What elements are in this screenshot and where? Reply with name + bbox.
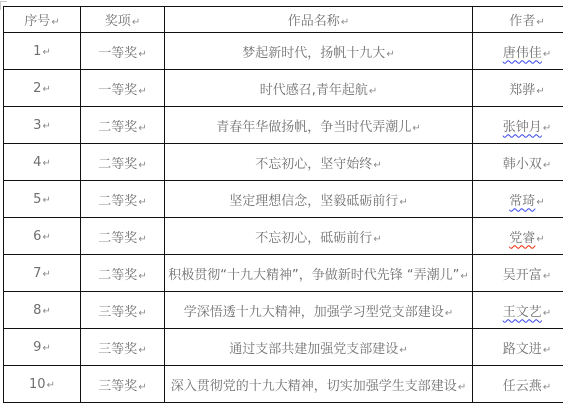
paragraph-mark-icon: ↵ xyxy=(460,271,468,282)
table-row: 4↵ 二等奖↵ 不忘初心，坚守始终↵ 韩小双↵ xyxy=(4,144,563,181)
cell-work: 通过支部共建加强党支部建设↵ xyxy=(165,329,473,366)
work-title: 学深悟透十九大精神，加强学习型党支部建设 xyxy=(184,305,444,320)
paragraph-mark-icon: ↵ xyxy=(138,160,146,171)
paragraph-mark-icon: ↵ xyxy=(42,269,50,280)
table-row: 5↵ 二等奖↵ 坚定理想信念，坚毅砥砺前行↵ 常琦↵ xyxy=(4,181,563,218)
row-number: 6 xyxy=(33,229,41,244)
paragraph-mark-icon: ↵ xyxy=(42,306,50,317)
work-title: 时代感召,青年起航 xyxy=(260,83,368,98)
paragraph-mark-icon: ↵ xyxy=(51,17,59,28)
table-row: 9↵ 三等奖↵ 通过支部共建加强党支部建设↵ 路文进↵ xyxy=(4,329,563,366)
cell-no: 10↵ xyxy=(4,366,81,403)
paragraph-mark-icon: ↵ xyxy=(543,382,551,393)
paragraph-mark-icon: ↵ xyxy=(42,158,50,169)
row-number: 1 xyxy=(33,44,41,59)
document-page: 序号↵ 奖项↵ 作品名称↵ 作者↵ 1↵ 一等奖↵ 梦起新时代，扬帆十九大↵ 唐… xyxy=(0,0,563,413)
author-name: 韩小双 xyxy=(503,157,542,172)
table-row: 10↵ 三等奖↵ 深入贯彻党的十九大精神，切实加强学生支部建设↵ 任云燕↵ xyxy=(4,366,563,403)
header-label: 作品名称 xyxy=(288,14,340,29)
table-header-row: 序号↵ 奖项↵ 作品名称↵ 作者↵ xyxy=(4,7,563,33)
cell-author: 唐伟佳↵ xyxy=(473,33,563,70)
table-row: 6↵ 二等奖↵ 不忘初心，砥砺前行↵ 党睿↵ xyxy=(4,218,563,255)
paragraph-mark-icon: ↵ xyxy=(445,308,453,319)
cell-author: 路文进↵ xyxy=(473,329,563,366)
cell-no: 1↵ xyxy=(4,33,81,70)
work-title: 坚定理想信念，坚毅砥砺前行 xyxy=(229,194,398,209)
author-name: 任云燕 xyxy=(503,379,542,394)
paragraph-mark-icon: ↵ xyxy=(543,123,551,134)
row-number: 4 xyxy=(33,155,41,170)
row-number: 10 xyxy=(29,377,46,392)
paragraph-mark-icon: ↵ xyxy=(536,234,544,245)
paragraph-mark-icon: ↵ xyxy=(373,234,381,245)
author-name: 王文艺 xyxy=(503,305,542,320)
paragraph-mark-icon: ↵ xyxy=(543,308,551,319)
cell-author: 郑骅↵ xyxy=(473,70,563,107)
paragraph-mark-icon: ↵ xyxy=(138,308,146,319)
cell-author: 常琦↵ xyxy=(473,181,563,218)
author-name: 路文进 xyxy=(503,342,542,357)
award-results-table: 序号↵ 奖项↵ 作品名称↵ 作者↵ 1↵ 一等奖↵ 梦起新时代，扬帆十九大↵ 唐… xyxy=(3,6,563,403)
paragraph-mark-icon: ↵ xyxy=(138,49,146,60)
row-number: 3 xyxy=(33,118,41,133)
cell-author: 韩小双↵ xyxy=(473,144,563,181)
author-name: 张钟月 xyxy=(503,120,542,135)
cell-author: 党睿↵ xyxy=(473,218,563,255)
cell-award: 二等奖↵ xyxy=(81,218,165,255)
award-label: 二等奖 xyxy=(98,268,137,283)
cell-work: 学深悟透十九大精神，加强学习型党支部建设↵ xyxy=(165,292,473,329)
work-title: 不忘初心，坚守始终 xyxy=(255,157,372,172)
cell-award: 三等奖↵ xyxy=(81,366,165,403)
cell-no: 9↵ xyxy=(4,329,81,366)
cell-work: 时代感召,青年起航↵ xyxy=(165,70,473,107)
row-number: 5 xyxy=(33,192,41,207)
paragraph-mark-icon: ↵ xyxy=(399,345,407,356)
table-row: 7↵ 二等奖↵ 积极贯彻“十九大精神”，争做新时代先锋 “弄潮儿”↵ 吴开富↵ xyxy=(4,255,563,292)
award-label: 三等奖 xyxy=(98,305,137,320)
cell-work: 不忘初心，砥砺前行↵ xyxy=(165,218,473,255)
work-title: 梦起新时代，扬帆十九大 xyxy=(242,46,385,61)
paragraph-mark-icon: ↵ xyxy=(138,234,146,245)
header-label: 序号 xyxy=(24,14,50,29)
work-title: 青春年华做扬帆，争当时代弄潮儿 xyxy=(216,120,411,135)
paragraph-mark-icon: ↵ xyxy=(138,197,146,208)
row-number: 2 xyxy=(33,81,41,96)
award-label: 二等奖 xyxy=(98,157,137,172)
paragraph-mark-icon: ↵ xyxy=(543,271,551,282)
cell-award: 一等奖↵ xyxy=(81,33,165,70)
cell-award: 二等奖↵ xyxy=(81,144,165,181)
author-name: 党睿 xyxy=(509,231,535,246)
row-number: 7 xyxy=(33,266,41,281)
award-label: 一等奖 xyxy=(98,46,137,61)
row-number: 8 xyxy=(33,303,41,318)
paragraph-mark-icon: ↵ xyxy=(42,47,50,58)
award-label: 三等奖 xyxy=(98,379,137,394)
author-name: 唐伟佳 xyxy=(503,46,542,61)
paragraph-mark-icon: ↵ xyxy=(47,380,55,391)
paragraph-mark-icon: ↵ xyxy=(138,123,146,134)
award-label: 二等奖 xyxy=(98,120,137,135)
paragraph-mark-icon: ↵ xyxy=(369,86,377,97)
cell-work: 青春年华做扬帆，争当时代弄潮儿↵ xyxy=(165,107,473,144)
header-cell-work: 作品名称↵ xyxy=(165,7,473,33)
table-row: 1↵ 一等奖↵ 梦起新时代，扬帆十九大↵ 唐伟佳↵ xyxy=(4,33,563,70)
cell-author: 王文艺↵ xyxy=(473,292,563,329)
cell-author: 任云燕↵ xyxy=(473,366,563,403)
table-row: 3↵ 二等奖↵ 青春年华做扬帆，争当时代弄潮儿↵ 张钟月↵ xyxy=(4,107,563,144)
paragraph-mark-icon: ↵ xyxy=(341,17,349,28)
paragraph-mark-icon: ↵ xyxy=(42,195,50,206)
work-title: 积极贯彻“十九大精神”，争做新时代先锋 “弄潮儿” xyxy=(168,268,459,283)
work-title: 不忘初心，砥砺前行 xyxy=(255,231,372,246)
paragraph-mark-icon: ↵ xyxy=(536,86,544,97)
cell-author: 吴开富↵ xyxy=(473,255,563,292)
paragraph-mark-icon: ↵ xyxy=(138,86,146,97)
header-label: 奖项 xyxy=(105,14,131,29)
cell-work: 坚定理想信念，坚毅砥砺前行↵ xyxy=(165,181,473,218)
paragraph-mark-icon: ↵ xyxy=(386,49,394,60)
table-row: 8↵ 三等奖↵ 学深悟透十九大精神，加强学习型党支部建设↵ 王文艺↵ xyxy=(4,292,563,329)
paragraph-mark-icon: ↵ xyxy=(42,121,50,132)
paragraph-mark-icon: ↵ xyxy=(536,17,544,28)
cell-no: 2↵ xyxy=(4,70,81,107)
author-name: 常琦 xyxy=(509,194,535,209)
paragraph-mark-icon: ↵ xyxy=(458,382,466,393)
cell-work: 不忘初心，坚守始终↵ xyxy=(165,144,473,181)
paragraph-mark-icon: ↵ xyxy=(138,382,146,393)
paragraph-mark-icon: ↵ xyxy=(132,17,140,28)
award-label: 一等奖 xyxy=(98,83,137,98)
header-cell-no: 序号↵ xyxy=(4,7,81,33)
award-label: 三等奖 xyxy=(98,342,137,357)
cell-no: 7↵ xyxy=(4,255,81,292)
cell-award: 三等奖↵ xyxy=(81,292,165,329)
cell-no: 8↵ xyxy=(4,292,81,329)
paragraph-mark-icon: ↵ xyxy=(373,160,381,171)
work-title: 通过支部共建加强党支部建设 xyxy=(229,342,398,357)
cell-work: 积极贯彻“十九大精神”，争做新时代先锋 “弄潮儿”↵ xyxy=(165,255,473,292)
cell-no: 5↵ xyxy=(4,181,81,218)
header-cell-award: 奖项↵ xyxy=(81,7,165,33)
cell-work: 深入贯彻党的十九大精神，切实加强学生支部建设↵ xyxy=(165,366,473,403)
header-label: 作者 xyxy=(509,14,535,29)
cell-award: 二等奖↵ xyxy=(81,255,165,292)
paragraph-mark-icon: ↵ xyxy=(536,197,544,208)
paragraph-mark-icon: ↵ xyxy=(138,271,146,282)
award-label: 二等奖 xyxy=(98,231,137,246)
author-name: 郑骅 xyxy=(509,83,535,98)
work-title: 深入贯彻党的十九大精神，切实加强学生支部建设 xyxy=(171,379,457,394)
author-name: 吴开富 xyxy=(503,268,542,283)
cell-no: 6↵ xyxy=(4,218,81,255)
paragraph-mark-icon: ↵ xyxy=(543,345,551,356)
cell-award: 一等奖↵ xyxy=(81,70,165,107)
header-cell-author: 作者↵ xyxy=(473,7,563,33)
table-body: 1↵ 一等奖↵ 梦起新时代，扬帆十九大↵ 唐伟佳↵ 2↵ 一等奖↵ 时代感召,青… xyxy=(4,33,563,403)
cell-work: 梦起新时代，扬帆十九大↵ xyxy=(165,33,473,70)
cell-no: 3↵ xyxy=(4,107,81,144)
table-row: 2↵ 一等奖↵ 时代感召,青年起航↵ 郑骅↵ xyxy=(4,70,563,107)
paragraph-mark-icon: ↵ xyxy=(42,232,50,243)
paragraph-mark-icon: ↵ xyxy=(42,343,50,354)
cell-author: 张钟月↵ xyxy=(473,107,563,144)
paragraph-mark-icon: ↵ xyxy=(543,160,551,171)
paragraph-mark-icon: ↵ xyxy=(543,49,551,60)
award-label: 二等奖 xyxy=(98,194,137,209)
paragraph-mark-icon: ↵ xyxy=(42,84,50,95)
row-number: 9 xyxy=(33,340,41,355)
cell-award: 二等奖↵ xyxy=(81,107,165,144)
paragraph-mark-icon: ↵ xyxy=(399,197,407,208)
cell-no: 4↵ xyxy=(4,144,81,181)
cell-award: 二等奖↵ xyxy=(81,181,165,218)
paragraph-mark-icon: ↵ xyxy=(138,345,146,356)
cell-award: 三等奖↵ xyxy=(81,329,165,366)
paragraph-mark-icon: ↵ xyxy=(412,123,420,134)
